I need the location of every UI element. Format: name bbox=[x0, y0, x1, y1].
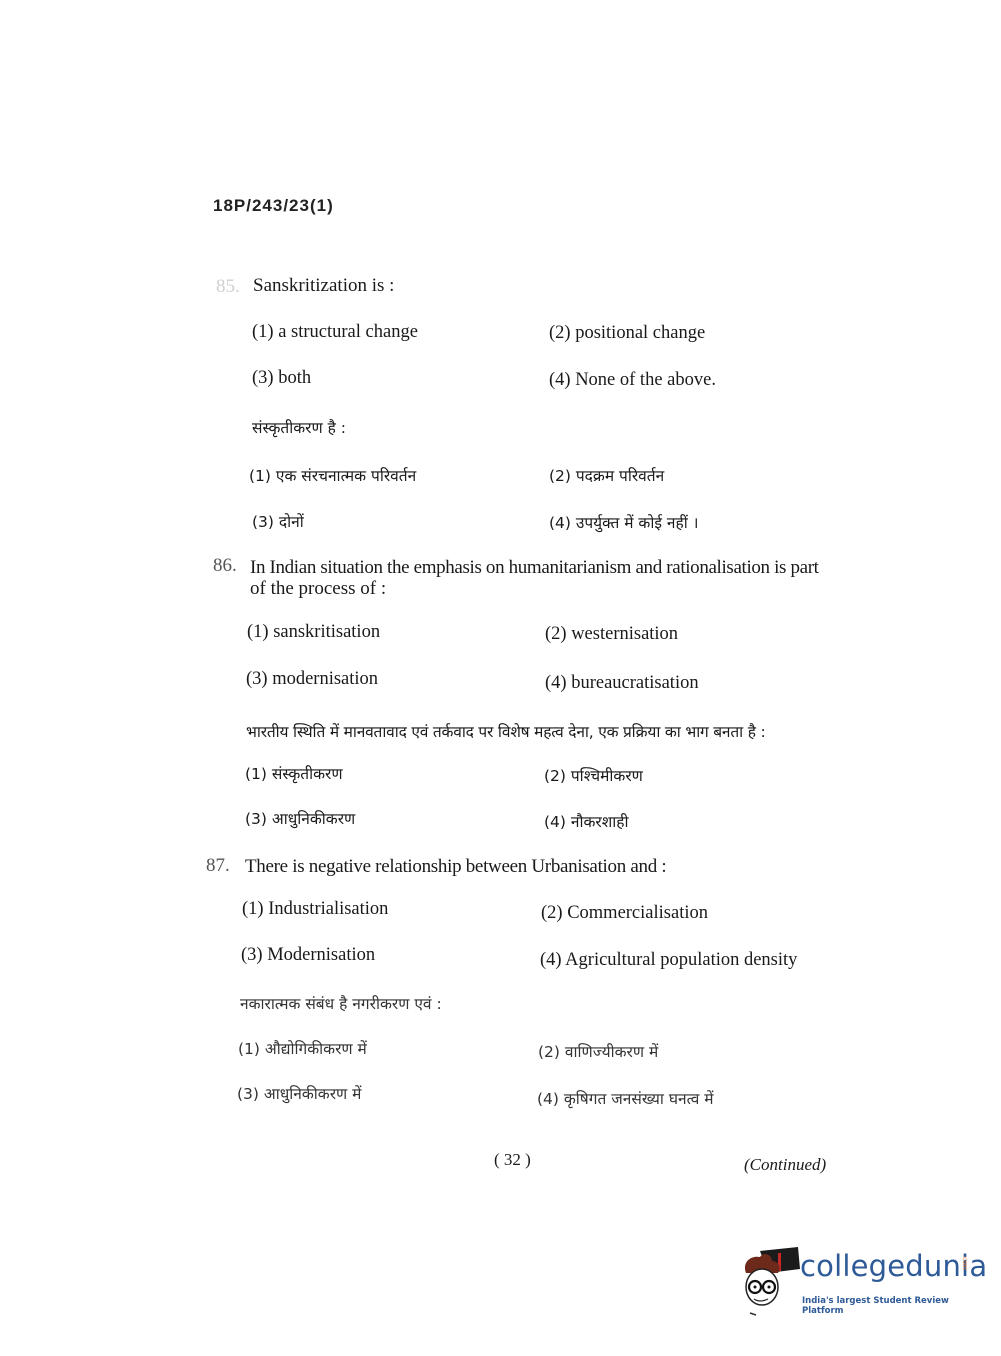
option-2-en: (2) positional change bbox=[549, 323, 705, 344]
option-3-en: (3) both bbox=[252, 368, 311, 389]
brand-name: collegedunia bbox=[800, 1249, 987, 1283]
option-3-hi: (3) आधुनिकीकरण में bbox=[237, 1082, 361, 1104]
option-1-hi: (1) औद्योगिकीकरण में bbox=[238, 1037, 367, 1059]
question-number: 87. bbox=[206, 855, 230, 877]
question-text-en: There is negative relationship between U… bbox=[245, 856, 666, 878]
option-3-hi: (3) आधुनिकीकरण bbox=[245, 807, 355, 829]
option-3-en: (3) modernisation bbox=[246, 669, 378, 690]
option-4-en: (4) Agricultural population density bbox=[540, 950, 797, 971]
option-2-en: (2) westernisation bbox=[545, 624, 678, 645]
question-text-hi: संस्कृतीकरण है : bbox=[252, 416, 346, 438]
option-1-hi: (1) एक संरचनात्मक परिवर्तन bbox=[249, 464, 416, 486]
option-1-en: (1) Industrialisation bbox=[242, 899, 388, 920]
option-3-hi: (3) दोनों bbox=[252, 510, 304, 532]
option-4-hi: (4) नौकरशाही bbox=[544, 810, 629, 832]
option-4-hi: (4) उपर्युक्त में कोई नहीं । bbox=[549, 511, 699, 533]
option-1-en: (1) a structural change bbox=[252, 322, 418, 343]
paper-code: 18P/243/23(1) bbox=[213, 196, 334, 216]
option-4-hi: (4) कृषिगत जनसंख्या घनत्व में bbox=[537, 1087, 714, 1109]
question-text-hi: भारतीय स्थिति में मानवतावाद एवं तर्कवाद … bbox=[246, 720, 766, 742]
question-text-en-line2: of the process of : bbox=[250, 578, 386, 600]
brand-domain-suffix: .com bbox=[961, 1255, 968, 1270]
option-4-en: (4) None of the above. bbox=[549, 370, 716, 391]
option-2-en: (2) Commercialisation bbox=[541, 903, 708, 924]
mascot-icon bbox=[738, 1243, 804, 1325]
option-1-en: (1) sanskritisation bbox=[247, 622, 380, 643]
option-2-hi: (2) वाणिज्यीकरण में bbox=[538, 1040, 658, 1062]
page-number: ( 32 ) bbox=[494, 1150, 531, 1170]
collegedunia-logo: collegedunia .com India's largest Studen… bbox=[738, 1243, 978, 1325]
option-1-hi: (1) संस्कृतीकरण bbox=[245, 762, 343, 784]
question-text-en-line1: In Indian situation the emphasis on huma… bbox=[250, 557, 819, 579]
question-text-hi: नकारात्मक संबंध है नगरीकरण एवं : bbox=[240, 992, 442, 1014]
option-3-en: (3) Modernisation bbox=[241, 945, 375, 966]
brand-tagline: India's largest Student Review Platform bbox=[802, 1296, 978, 1316]
question-number: 85. bbox=[216, 276, 240, 298]
continued-label: (Continued) bbox=[744, 1155, 826, 1175]
question-text-en: Sanskritization is : bbox=[253, 275, 394, 297]
option-2-hi: (2) पश्चिमीकरण bbox=[544, 764, 643, 786]
option-4-en: (4) bureaucratisation bbox=[545, 673, 699, 694]
question-number: 86. bbox=[213, 555, 237, 577]
option-2-hi: (2) पदक्रम परिवर्तन bbox=[549, 464, 664, 486]
